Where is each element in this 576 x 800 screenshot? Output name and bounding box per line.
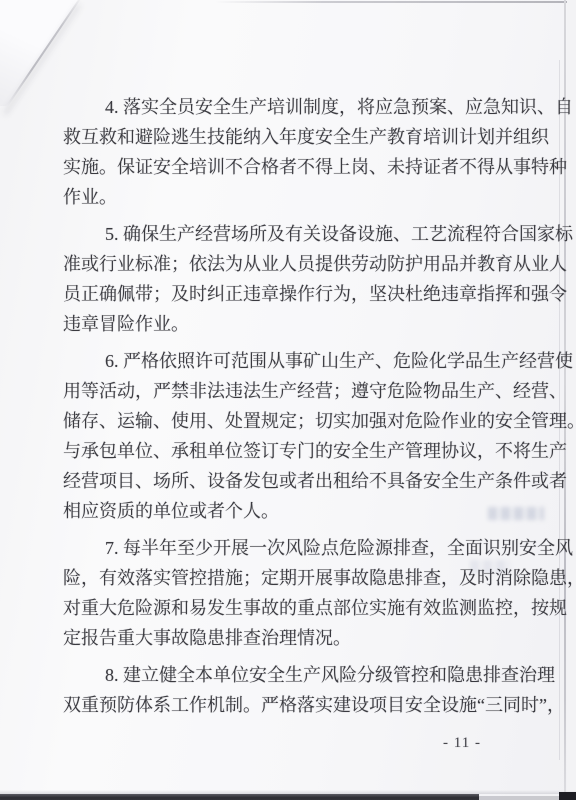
text-line: 准或行业标准；依法为从业人员提供劳动防护用品并教育从业人 — [63, 249, 513, 279]
text-line: 双重预防体系工作机制。严格落实建设项目安全设施“三同时”， — [63, 690, 513, 720]
text-line: 作业。 — [63, 182, 513, 212]
text-line: 定报告重大事故隐患排查治理情况。 — [63, 623, 513, 653]
document-body: 4. 落实全员安全生产培训制度，将应急预案、应急知识、自 救互救和避险逃生技能纳… — [63, 92, 513, 720]
paragraph-item-5: 5. 确保生产经营场所及有关设备设施、工艺流程符合国家标 准或行业标准；依法为从… — [63, 219, 513, 339]
text-line: 用等活动，严禁非法违法生产经营；遵守危险物品生产、经营、 — [63, 376, 513, 406]
scan-bottom-corner-block — [559, 792, 576, 800]
text-line: 经营项目、场所、设备发包或者出租给不具备安全生产条件或者 — [63, 466, 513, 496]
text-line: 员正确佩带；及时纠正违章操作行为，坚决杜绝违章指挥和强令 — [63, 279, 513, 309]
text-line: 相应资质的单位或者个人。 — [63, 496, 513, 526]
text-line: 对重大危险源和易发生事故的重点部位实施有效监测监控，按规 — [63, 593, 513, 623]
scan-right-margin — [567, 0, 576, 800]
text-line: 6. 严格依照许可范围从事矿山生产、危险化学品生产经营使 — [63, 346, 513, 376]
text-line: 5. 确保生产经营场所及有关设备设施、工艺流程符合国家标 — [63, 219, 513, 249]
text-line: 储存、运输、使用、处置规定；切实加强对危险作业的安全管理。 — [63, 406, 513, 436]
paragraph-item-8: 8. 建立健全本单位安全生产风险分级管控和隐患排查治理 双重预防体系工作机制。严… — [63, 660, 513, 720]
scan-bottom-bar-faint — [479, 796, 559, 800]
text-line: 4. 落实全员安全生产培训制度，将应急预案、应急知识、自 — [63, 92, 513, 122]
scan-bottom-bar — [0, 794, 479, 800]
paragraph-item-6: 6. 严格依照许可范围从事矿山生产、危险化学品生产经营使 用等活动，严禁非法违法… — [63, 346, 513, 526]
page-number: - 11 - — [436, 735, 488, 752]
text-line: 救互救和避险逃生技能纳入年度安全生产教育培训计划并组织 — [63, 122, 513, 152]
text-line: 与承包单位、承租单位签订专门的安全生产管理协议，不将生产 — [63, 436, 513, 466]
text-line: 8. 建立健全本单位安全生产风险分级管控和隐患排查治理 — [63, 660, 513, 690]
paragraph-item-7: 7. 每半年至少开展一次风险点危险源排查，全面识别安全风 险，有效落实管控措施；… — [63, 533, 513, 653]
text-line: 7. 每半年至少开展一次风险点危险源排查，全面识别安全风 — [63, 533, 513, 563]
paragraph-item-4: 4. 落实全员安全生产培训制度，将应急预案、应急知识、自 救互救和避险逃生技能纳… — [63, 92, 513, 212]
scan-top-edge-line — [215, 1, 576, 3]
text-line: 险，有效落实管控措施；定期开展事故隐患排查，及时消除隐患， — [63, 563, 513, 593]
text-line: 实施。保证安全培训不合格者不得上岗、未持证者不得从事特种 — [63, 152, 513, 182]
text-line: 违章冒险作业。 — [63, 309, 513, 339]
